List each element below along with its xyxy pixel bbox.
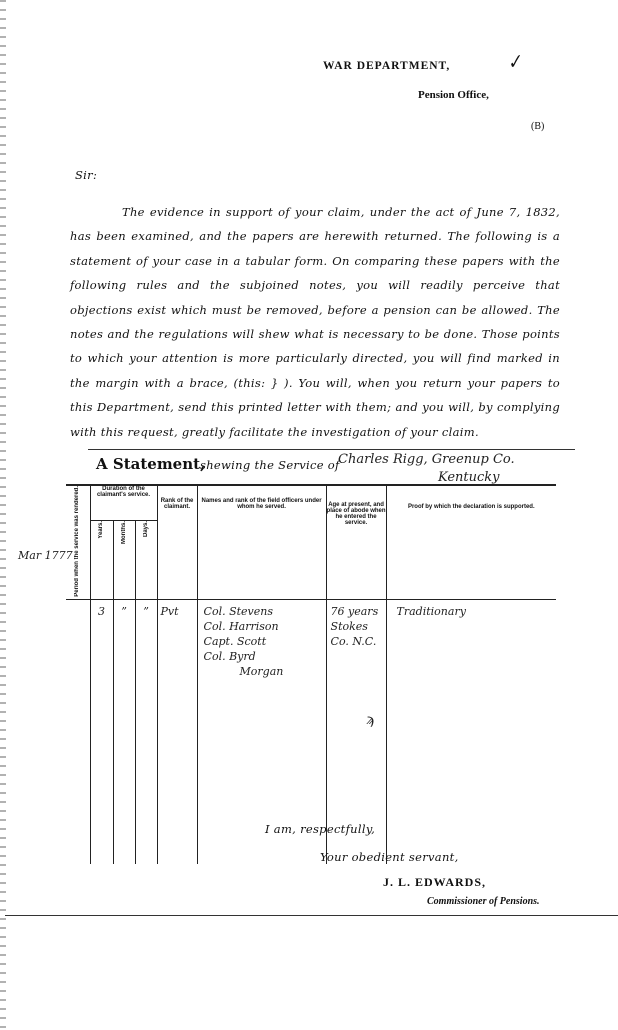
- officer-entry: Col. Stevens: [204, 604, 326, 619]
- cell-months: ”: [113, 599, 135, 864]
- age-entry: Co. N.C.: [331, 634, 386, 649]
- col-months-header: Months.: [113, 521, 135, 600]
- officer-entry: Morgan: [204, 664, 326, 679]
- signer-title: Commissioner of Pensions.: [427, 896, 540, 907]
- col-rank-header: Rank of the claimant.: [157, 485, 197, 599]
- col-proof-header: Proof by which the declaration is suppor…: [386, 485, 556, 599]
- closing-line-1: I am, respectfully,: [265, 822, 375, 836]
- letter-body: The evidence in support of your claim, u…: [70, 200, 560, 444]
- col-days-header: Days.: [135, 521, 157, 600]
- cell-days: ”: [135, 599, 157, 864]
- col-duration-header: Duration of the claimant's service.: [90, 485, 157, 521]
- statement-title: A Statement,: [96, 455, 205, 473]
- statement-top-rule: [88, 449, 575, 450]
- cell-period: [66, 599, 90, 864]
- closing-line-2: Your obedient servant,: [320, 850, 459, 864]
- officer-entry: Col. Byrd: [204, 649, 326, 664]
- pension-letter-page: WAR DEPARTMENT, ✓ Pension Office, (B) Si…: [0, 0, 618, 1030]
- bottom-rule: [5, 915, 618, 916]
- statement-subtitle: shewing the Service of: [200, 458, 340, 472]
- letter-paragraph: The evidence in support of your claim, u…: [70, 200, 560, 444]
- page-edge-noise: [0, 0, 6, 1030]
- col-officers-header: Names and rank of the field officers und…: [197, 485, 326, 599]
- reference-mark: (B): [531, 121, 544, 132]
- annotation-mark: ϡ: [366, 713, 374, 728]
- claimant-state: Kentucky: [438, 470, 500, 485]
- check-mark: ✓: [505, 50, 525, 74]
- col-period-header: Period when the service was rendered.: [66, 485, 90, 599]
- officer-entry: Col. Harrison: [204, 619, 326, 634]
- cell-proof: Traditionary: [386, 599, 556, 864]
- cell-rank: Pvt: [157, 599, 197, 864]
- age-entry: 76 years: [331, 604, 386, 619]
- col-years-header: Years.: [90, 521, 113, 600]
- department-heading: WAR DEPARTMENT,: [323, 60, 450, 72]
- age-entry: Stokes: [331, 619, 386, 634]
- service-statement-table: Period when the service was rendered. Du…: [66, 484, 556, 864]
- office-heading: Pension Office,: [418, 89, 489, 101]
- claimant-name: Charles Rigg, Greenup Co.: [338, 452, 515, 467]
- margin-date-note: Mar 1777: [18, 548, 73, 563]
- col-age-header: Age at present, and place of abode when …: [326, 485, 386, 599]
- signer-name: J. L. EDWARDS,: [383, 875, 486, 890]
- salutation: Sir:: [75, 168, 97, 182]
- officer-entry: Capt. Scott: [204, 634, 326, 649]
- cell-years: 3: [90, 599, 113, 864]
